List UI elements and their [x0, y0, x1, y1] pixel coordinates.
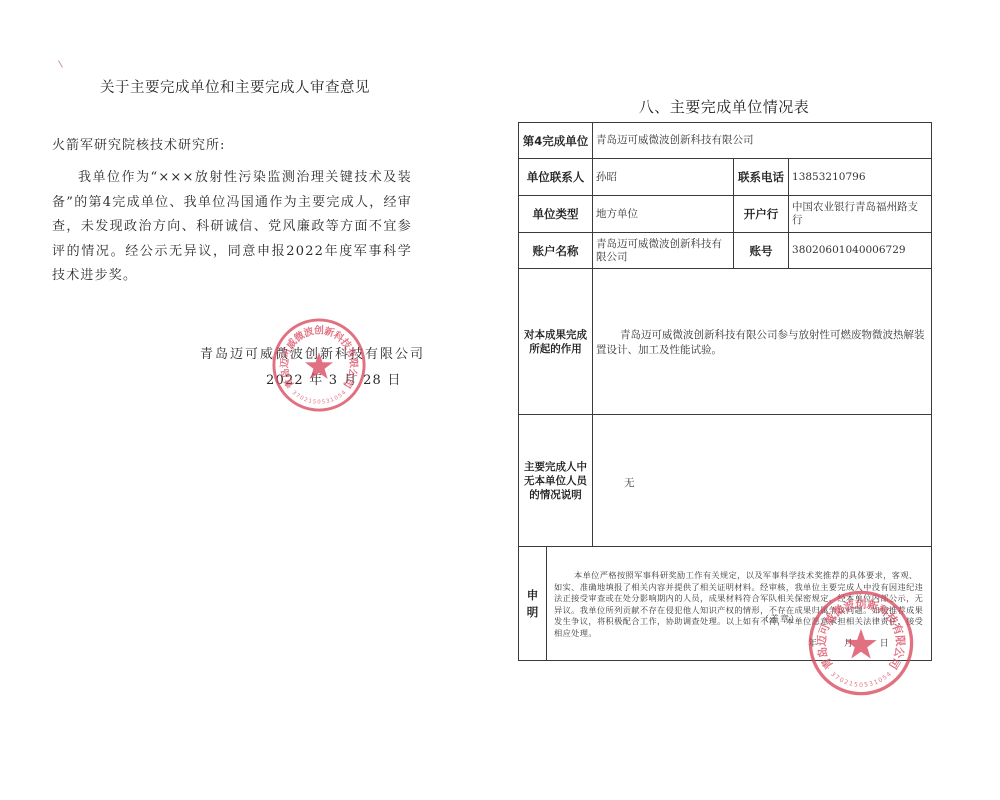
- table-title: 八、主要完成单位情况表: [518, 96, 930, 117]
- company-seal-icon: 青岛迈可威微波创新科技有限公司3702150531054: [270, 316, 368, 414]
- phone-value: 13853210796: [789, 159, 932, 196]
- seal-hint: （盖章）: [760, 612, 800, 625]
- svg-text:1: 1: [330, 397, 335, 404]
- account-name-value: 青岛迈可威微波创新科技有限公司: [593, 233, 734, 269]
- svg-text:0: 0: [838, 676, 845, 684]
- declaration-date: 年 月 日: [808, 636, 913, 649]
- phone-label: 联系电话: [734, 159, 789, 196]
- declaration-label-text: 申明: [526, 587, 539, 621]
- account-name-label: 账户名称: [519, 233, 593, 269]
- svg-text:创: 创: [313, 324, 324, 337]
- svg-text:2: 2: [843, 679, 849, 687]
- type-label: 单位类型: [519, 196, 593, 233]
- contact-label: 单位联系人: [519, 159, 593, 196]
- unit-info-table: 第4完成单位 青岛迈可威微波创新科技有限公司 单位联系人 孙昭 联系电话 138…: [518, 122, 932, 661]
- no-staff-label: 主要完成人中无本单位人员的情况说明: [519, 415, 593, 547]
- svg-text:0: 0: [859, 682, 863, 689]
- svg-text:5: 5: [881, 674, 888, 682]
- contribution-label: 对本成果完成所起的作用: [519, 269, 593, 415]
- contribution-value: 青岛迈可威微波创新科技有限公司参与放射性可燃废物微波热解装置设计、加工及性能试验…: [596, 325, 928, 358]
- svg-text:4: 4: [885, 671, 893, 679]
- table-row: 对本成果完成所起的作用 青岛迈可威微波创新科技有限公司参与放射性可燃废物微波热解…: [519, 269, 932, 415]
- contact-value: 孙昭: [593, 159, 734, 196]
- account-no-value: 38020601040006729: [789, 233, 932, 269]
- svg-text:0: 0: [877, 676, 884, 684]
- svg-text:波: 波: [302, 324, 315, 339]
- signature-unit: 青岛迈可威微波创新科技有限公司: [200, 343, 425, 362]
- unit-rank-label: 第4完成单位: [519, 123, 593, 159]
- svg-text:1: 1: [308, 398, 313, 405]
- svg-text:3: 3: [326, 398, 331, 405]
- table-row: 账户名称 青岛迈可威微波创新科技有限公司 账号 3802060104000672…: [519, 233, 932, 269]
- svg-text:1: 1: [873, 679, 879, 687]
- svg-text:3: 3: [291, 390, 298, 397]
- svg-text:3: 3: [829, 671, 837, 679]
- table-row: 单位联系人 孙昭 联系电话 13853210796: [519, 159, 932, 196]
- svg-text:0: 0: [299, 395, 305, 402]
- svg-text:5: 5: [854, 681, 859, 688]
- svg-text:7: 7: [294, 393, 300, 400]
- svg-text:7: 7: [833, 674, 840, 682]
- svg-text:5: 5: [337, 393, 343, 400]
- addressee: 火箭军研究院核技术研究所:: [52, 134, 225, 153]
- date-month: 月: [844, 636, 853, 649]
- declaration-text: 本单位严格按照军事科研奖励工作有关规定，以及军事科学技术奖推荐的具体要求，客观、…: [550, 568, 928, 639]
- date-year: 年: [808, 636, 817, 649]
- svg-text:新: 新: [323, 324, 336, 339]
- bank-label: 开户行: [734, 196, 789, 233]
- svg-text:4: 4: [341, 389, 348, 396]
- type-value: 地方单位: [593, 196, 734, 233]
- bank-value: 中国农业银行青岛福州路支行: [789, 196, 932, 233]
- no-staff-value: 无: [596, 471, 928, 490]
- date-day: 日: [880, 636, 889, 649]
- svg-text:0: 0: [334, 395, 340, 402]
- opinion-title: 关于主要完成单位和主要完成人审查意见: [0, 76, 470, 97]
- opinion-body: 我单位作为“×××放射性污染监测治理关键技术及装备”的第4完成单位、我单位冯国通…: [52, 166, 412, 289]
- svg-text:2: 2: [303, 397, 308, 404]
- unit-name: 青岛迈可威微波创新科技有限公司: [593, 123, 932, 159]
- svg-text:3: 3: [868, 680, 874, 688]
- table-row: 主要完成人中无本单位人员的情况说明 无: [519, 415, 932, 547]
- account-no-label: 账号: [734, 233, 789, 269]
- signature-date: 2022 年 3 月 28 日: [266, 369, 402, 388]
- svg-text:5: 5: [321, 399, 325, 405]
- svg-text:5: 5: [864, 681, 869, 688]
- table-row: 第4完成单位 青岛迈可威微波创新科技有限公司: [519, 123, 932, 159]
- svg-text:5: 5: [312, 399, 316, 405]
- table-row: 单位类型 地方单位 开户行 中国农业银行青岛福州路支行: [519, 196, 932, 233]
- scan-mark: [58, 60, 63, 67]
- declaration-label: 申明: [519, 547, 547, 661]
- svg-text:1: 1: [848, 680, 854, 688]
- svg-text:0: 0: [317, 400, 321, 406]
